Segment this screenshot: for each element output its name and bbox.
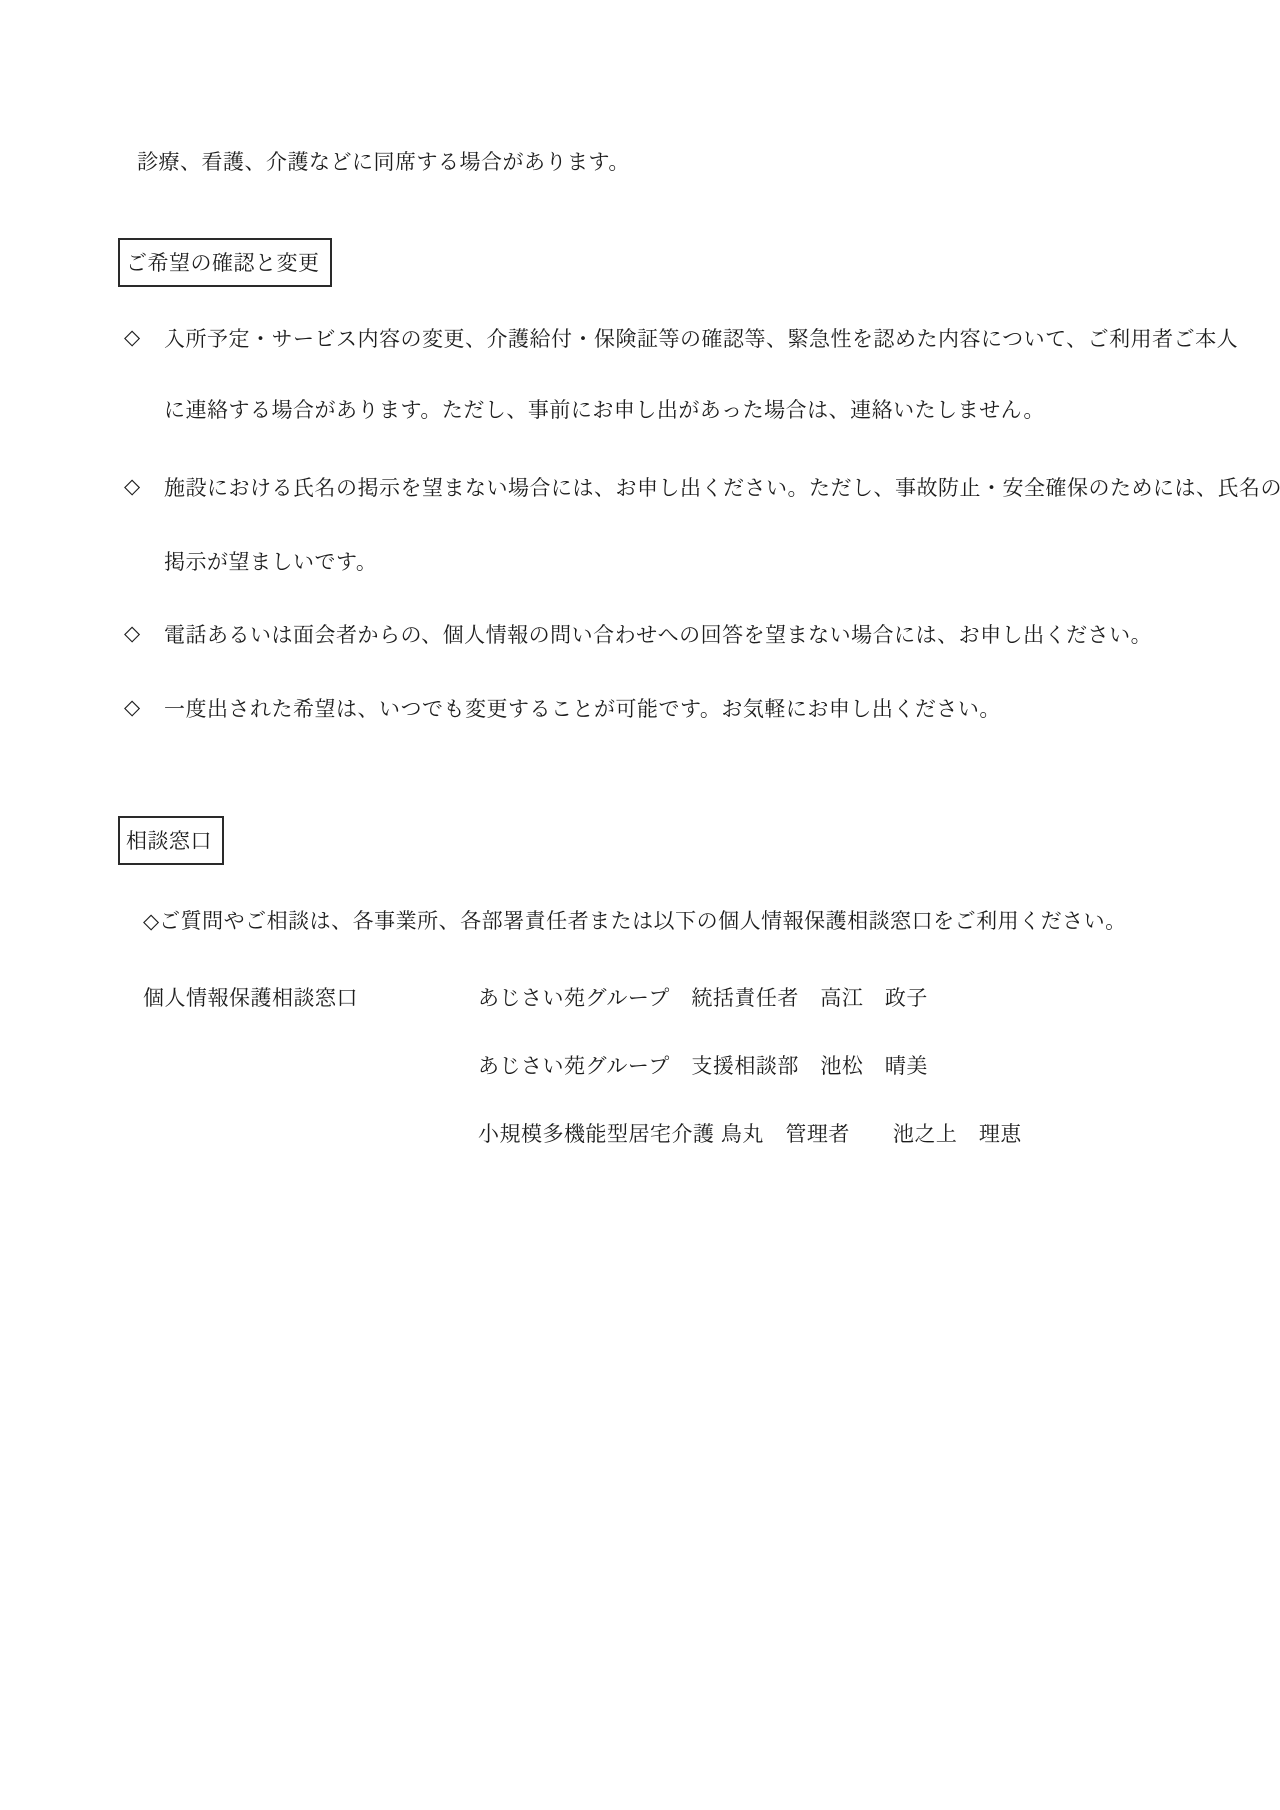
- diamond-bullet-icon: ◇: [143, 909, 159, 934]
- contact-row: 個人情報保護相談窓口 あじさい苑グループ 統括責任者 高江 政子: [143, 984, 928, 1014]
- paragraph-continuation-line: 診療、看護、介護などに同席する場合があります。: [137, 148, 630, 178]
- diamond-bullet-icon: ◇: [124, 474, 164, 499]
- bullet-text-continuation: 掲示が望ましいです。: [164, 548, 377, 578]
- contact-person: あじさい苑グループ 支援相談部 池松 晴美: [478, 1052, 928, 1082]
- contact-person: あじさい苑グループ 統括責任者 高江 政子: [478, 984, 928, 1014]
- bullet-text: 入所予定・サービス内容の変更、介護給付・保険証等の確認等、緊急性を認めた内容につ…: [164, 325, 1238, 355]
- consultation-intro-line: ◇ご質問やご相談は、各事業所、各部署責任者または以下の個人情報保護相談窓口をご利…: [143, 907, 1127, 937]
- bullet-text: 一度出された希望は、いつでも変更することが可能です。お気軽にお申し出ください。: [164, 695, 1001, 725]
- diamond-bullet-icon: ◇: [124, 325, 164, 350]
- section-heading-consultation-desk: 相談窓口: [118, 816, 224, 865]
- diamond-bullet-icon: ◇: [124, 621, 164, 646]
- diamond-bullet-icon: ◇: [124, 695, 164, 720]
- document-page: 診療、看護、介護などに同席する場合があります。 ご希望の確認と変更 ◇ 入所予定…: [0, 0, 1280, 1810]
- bullet-item: ◇ 施設における氏名の掲示を望まない場合には、お申し出ください。ただし、事故防止…: [124, 474, 1280, 504]
- bullet-text-continuation: に連絡する場合があります。ただし、事前にお申し出があった場合は、連絡いたしません…: [164, 396, 1045, 426]
- section-heading-request-confirmation: ご希望の確認と変更: [118, 238, 332, 287]
- bullet-item: ◇ 入所予定・サービス内容の変更、介護給付・保険証等の確認等、緊急性を認めた内容…: [124, 325, 1238, 355]
- consultation-intro-text: ご質問やご相談は、各事業所、各部署責任者または以下の個人情報保護相談窓口をご利用…: [159, 910, 1127, 933]
- contact-person: 小規模多機能型居宅介護 鳥丸 管理者 池之上 理恵: [478, 1120, 1022, 1150]
- contact-desk-label: 個人情報保護相談窓口: [143, 984, 478, 1014]
- bullet-item: ◇ 電話あるいは面会者からの、個人情報の問い合わせへの回答を望まない場合には、お…: [124, 621, 1152, 651]
- bullet-text: 電話あるいは面会者からの、個人情報の問い合わせへの回答を望まない場合には、お申し…: [164, 621, 1152, 651]
- bullet-text: 施設における氏名の掲示を望まない場合には、お申し出ください。ただし、事故防止・安…: [164, 474, 1280, 504]
- bullet-item: ◇ 一度出された希望は、いつでも変更することが可能です。お気軽にお申し出ください…: [124, 695, 1001, 725]
